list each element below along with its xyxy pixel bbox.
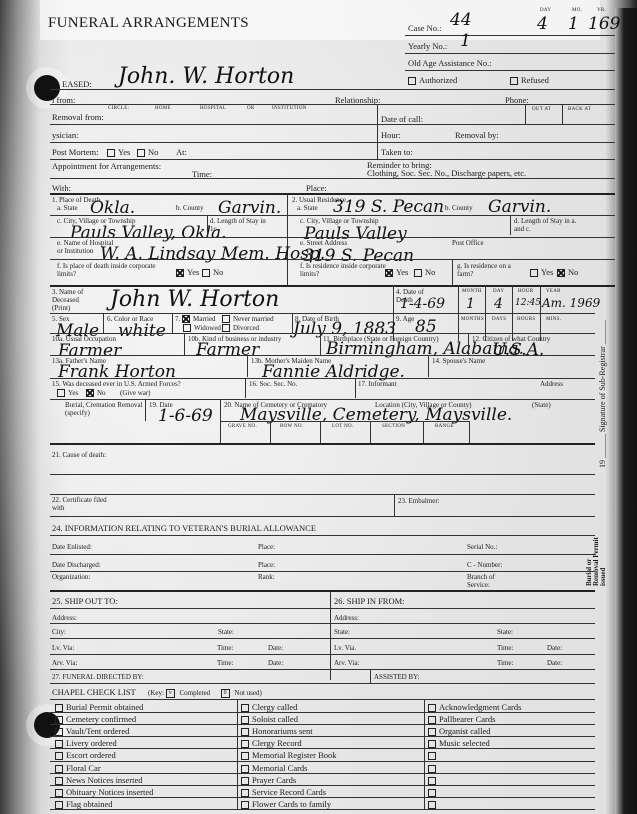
res-corporate-no[interactable]: No	[414, 268, 435, 277]
race-value[interactable]: white	[118, 321, 166, 341]
out-at-label: OUT AT	[532, 107, 551, 112]
res-county-label: b. County	[445, 204, 473, 212]
rank-label: Rank:	[258, 573, 275, 581]
name-of-deceased-label: 3. Name of Deceased (Print)	[52, 288, 98, 312]
removal-by-label: Removal by:	[455, 131, 499, 140]
checkbox-icon[interactable]	[241, 716, 249, 724]
discharged-place-label: Place:	[258, 561, 275, 569]
citizen-value[interactable]: U.S.A.	[492, 340, 544, 360]
range-header: RANGE	[435, 424, 454, 429]
farm-yes[interactable]: Yes	[530, 268, 553, 277]
dod-month[interactable]: 1	[466, 296, 475, 312]
ship-in-state-label: State:	[497, 628, 513, 636]
checklist-item[interactable]	[428, 799, 439, 809]
burial-type-label: Burial, Cremation Removal (specify)	[65, 401, 145, 417]
checklist-item-label: Prayer Cards	[252, 775, 296, 785]
checklist-item-label: Pallbearer Cards	[439, 714, 495, 724]
removal-from-label: Removal from:	[52, 113, 104, 122]
checklist-item-label: Music selected	[439, 738, 490, 748]
ship-out-arv-date-label: Date:	[268, 659, 283, 667]
permit-issued-label: Burial or Removal Permit issued	[586, 536, 607, 586]
deceased-name[interactable]: John. W. Horton	[118, 64, 294, 89]
burial-date[interactable]: 1-6-69	[158, 406, 213, 426]
father-value[interactable]: Frank Horton	[58, 362, 176, 382]
home-option[interactable]: HOME	[155, 106, 171, 111]
checklist-item[interactable]: Memorial Cards	[241, 763, 307, 773]
checklist-item[interactable]: Burial Permit obtained	[55, 702, 143, 712]
checklist-item[interactable]: Honorariums sent	[241, 726, 313, 736]
with-label: With:	[52, 184, 71, 193]
spouse-label: 14. Spouse's Name	[432, 357, 485, 365]
death-state-label: a. State	[57, 204, 78, 212]
checklist-item-label: Escort ordered	[66, 750, 116, 760]
checkbox-icon[interactable]	[428, 728, 436, 736]
checkbox-icon[interactable]	[241, 765, 249, 773]
c-number-label: C - Number:	[467, 561, 502, 569]
dod-day[interactable]: 4	[494, 296, 503, 312]
dod-year[interactable]: Am. 1969	[542, 296, 600, 310]
checkbox-icon[interactable]	[241, 752, 249, 760]
checklist-item[interactable]: Clergy Record	[241, 738, 302, 748]
armed-no[interactable]: No	[86, 389, 106, 397]
checkbox-icon[interactable]	[55, 801, 63, 809]
case-no-label: Case No.:	[408, 24, 442, 33]
yearly-no-label: Yearly No.:	[408, 42, 447, 51]
ship-in-arv-via-label: Arv. Via:	[334, 659, 359, 667]
date-of-death[interactable]: 1-4-69	[400, 296, 445, 312]
checklist-item[interactable]: Pallbearer Cards	[428, 714, 495, 724]
yearly-no-value[interactable]: 1	[460, 31, 471, 51]
ship-out-address-label: Address:	[52, 614, 77, 622]
ship-in-lv-date-label: Date:	[547, 644, 562, 652]
widowed-checkbox[interactable]: Widowed	[183, 324, 221, 332]
checklist-item[interactable]	[428, 775, 439, 785]
give-war-label: (Give war)	[120, 389, 151, 397]
informant-label: 17. Informant	[358, 380, 397, 388]
checkbox-icon[interactable]	[241, 704, 249, 712]
months-header: MONTHS	[461, 317, 484, 322]
checklist-item[interactable]: Acknowledgment Cards	[428, 702, 521, 712]
death-corporate-yes[interactable]: Yes	[176, 268, 199, 277]
date-discharged-label: Date Discharged:	[52, 561, 101, 569]
ship-out-state-label: State:	[218, 628, 234, 636]
farm-label: g. Is residence on a farm?	[457, 262, 527, 278]
mins-header: MINS.	[546, 317, 561, 322]
cause-of-death-label: 21. Cause of death:	[52, 451, 106, 459]
checkbox-icon[interactable]	[241, 789, 249, 797]
checklist-item[interactable]: Cemetery confirmed	[55, 714, 136, 724]
form-title: FUNERAL ARRANGEMENTS	[48, 15, 249, 32]
institution-option[interactable]: INSTITUTION	[272, 106, 307, 111]
checkbox-icon[interactable]	[55, 728, 63, 736]
month-header: MONTH	[462, 289, 482, 294]
checklist-item[interactable]: Vault/Tent ordered	[55, 726, 129, 736]
checklist-item-label: Clergy Record	[252, 738, 302, 748]
industry-value[interactable]: Farmer	[196, 340, 259, 360]
checklist-item-label: Floral Car	[66, 763, 101, 773]
checkbox-icon[interactable]	[55, 789, 63, 797]
mother-value[interactable]: Fannie Aldridge.	[262, 362, 405, 382]
ship-in-title: 26. SHIP IN FROM:	[334, 597, 405, 606]
hospital-value[interactable]: W. A. Lindsay Mem. Hosp.	[100, 244, 325, 264]
ssn-label: 16. Soc. Sec. No.	[249, 380, 297, 388]
veteran-section-title: 24. INFORMATION RELATING TO VETERAN'S BU…	[52, 524, 316, 533]
post-office-label: Post Office	[452, 239, 484, 247]
hospital-option[interactable]: HOSPITAL	[200, 106, 226, 111]
married-checkbox[interactable]: 7. Married	[175, 315, 216, 323]
funeral-directed-label: 27. FUNERAL DIRECTED BY:	[52, 673, 144, 681]
date-mo[interactable]: 1	[568, 14, 579, 34]
checkbox-icon[interactable]	[428, 765, 436, 773]
checklist-item[interactable]: Music selected	[428, 738, 490, 748]
checklist-item[interactable]: Obituary Notices inserted	[55, 787, 153, 797]
at-label: At:	[176, 148, 187, 157]
case-no-value[interactable]: 44	[450, 10, 472, 30]
ship-in-arv-date-label: Date:	[547, 659, 562, 667]
armed-yes[interactable]: Yes	[57, 389, 78, 397]
checkbox-icon[interactable]	[55, 704, 63, 712]
ship-in-address-label: Address:	[334, 614, 359, 622]
checklist-item-label: Flag obtained	[66, 799, 113, 809]
checklist-item[interactable]: Prayer Cards	[241, 775, 296, 785]
res-corporate-yes[interactable]: Yes	[385, 268, 408, 277]
ship-in-arv-time-label: Time:	[497, 659, 513, 667]
checkbox-icon[interactable]	[55, 752, 63, 760]
serial-no-label: Serial No.:	[467, 543, 497, 551]
ship-out-lv-via-label: Lv. Via:	[52, 644, 74, 652]
ship-out-lv-time-label: Time:	[217, 644, 233, 652]
checklist-item[interactable]: Organist called	[428, 726, 491, 736]
checklist-key: (Key: v Completed 0 Not used)	[148, 689, 262, 698]
checklist-item[interactable]: Flag obtained	[55, 799, 113, 809]
ship-in-lv-time-label: Time:	[497, 644, 513, 652]
post-mortem-no[interactable]: No	[137, 148, 158, 157]
day-header: DAY	[493, 289, 504, 294]
checkbox-icon[interactable]	[241, 801, 249, 809]
ship-out-city-label: City:	[52, 628, 66, 636]
res-county[interactable]: Garvin.	[488, 197, 551, 217]
enlisted-place-label: Place:	[258, 543, 275, 551]
checklist-item[interactable]: Livery ordered	[55, 738, 117, 748]
section-header: SECTION	[382, 424, 405, 429]
post-mortem-label: Post Mortem:	[52, 148, 99, 157]
sub-registrar-signature: 19 ______ Signature of Sub-Registrar ___…	[598, 320, 607, 468]
deceased-label: EASED:	[62, 80, 92, 89]
reminder-items: Clothing, Soc. Sec. No., Discharge paper…	[367, 169, 526, 178]
cemetery-state-label: (State)	[532, 401, 551, 409]
checkbox-icon[interactable]	[428, 740, 436, 748]
refused-checkbox[interactable]: Refused	[510, 76, 549, 85]
circle-label: CIRCLE:	[108, 106, 129, 111]
ship-in-city-label: State:	[334, 628, 350, 636]
checklist-item[interactable]: News Notices inserted	[55, 775, 142, 785]
row-no-header: ROW NO.	[280, 424, 303, 429]
or-label: OR	[247, 106, 255, 111]
death-county-label: b. County	[176, 204, 204, 212]
checklist-item[interactable]: Service Record Cards	[241, 787, 326, 797]
yr-header: YR.	[597, 8, 606, 13]
death-corporate-no[interactable]: No	[202, 268, 223, 277]
checklist-item[interactable]: Escort ordered	[55, 750, 116, 760]
informant-address-label: Address	[540, 380, 563, 388]
appointment-label: Appointment for Arrangements:	[52, 162, 161, 171]
hour-label: Hour:	[381, 131, 401, 140]
hour-header: HOUR	[518, 289, 533, 294]
checklist-item[interactable]: Soloist called	[241, 714, 298, 724]
mo-header: MO.	[572, 8, 582, 13]
ship-in-lv-via-label: Lv. Via.	[334, 644, 356, 652]
old-age-label: Old Age Assistance No.:	[408, 59, 492, 68]
res-corporate-label: f. Is residence inside corporate limits?	[300, 262, 390, 278]
checklist-item-label: Memorial Cards	[252, 763, 307, 773]
date-yr[interactable]: 169	[588, 14, 620, 34]
checkbox-icon[interactable]	[55, 777, 63, 785]
place-label: Place:	[306, 184, 327, 193]
checklist-item-label: News Notices inserted	[66, 775, 142, 785]
year-header: YEAR	[546, 289, 561, 294]
checklist-item-label: Organist called	[439, 726, 491, 736]
certificate-label: 22. Certificate filed with	[52, 496, 112, 512]
checklist-title: CHAPEL CHECK LIST	[52, 688, 136, 697]
checklist-item-label: Cemetery confirmed	[66, 714, 136, 724]
checklist-item[interactable]: Floral Car	[55, 763, 101, 773]
hours-header: HOURS	[517, 317, 535, 322]
ship-out-lv-date-label: Date:	[268, 644, 283, 652]
authorized-checkbox[interactable]: Authorized	[408, 76, 457, 85]
checkbox-icon[interactable]	[428, 777, 436, 785]
ship-out-arv-via-label: Arv. Via:	[52, 659, 77, 667]
dod-hour[interactable]: 12:45	[515, 298, 541, 308]
checklist-item-label: Vault/Tent ordered	[66, 726, 129, 736]
scan-edge	[615, 8, 637, 814]
checklist-item[interactable]: Clergy called	[241, 702, 297, 712]
back-at-label: BACK AT	[568, 107, 591, 112]
farm-no[interactable]: No	[557, 268, 578, 277]
checkbox-icon[interactable]	[241, 777, 249, 785]
checklist-item[interactable]: Memorial Register Book	[241, 750, 337, 760]
checklist-item[interactable]	[428, 763, 439, 773]
date-of-call-label: Date of call:	[381, 115, 423, 124]
checklist-item[interactable]	[428, 750, 439, 760]
res-stay-label: d. Length of Stay in a. and c.	[514, 217, 584, 233]
deceased-print-name[interactable]: John W. Horton	[110, 287, 279, 312]
days-header: DAYS	[492, 317, 506, 322]
checklist-item-label: Obituary Notices inserted	[66, 787, 153, 797]
checkbox-icon[interactable]	[55, 716, 63, 724]
age-label: 9. Age	[396, 315, 414, 323]
branch-of-service-label: Branch of Service:	[467, 573, 517, 589]
checklist-item-label: Honorariums sent	[252, 726, 313, 736]
taken-to-label: Taken to:	[381, 148, 413, 157]
checklist-item[interactable]: Flower Cards to family	[241, 799, 331, 809]
checkbox-icon[interactable]	[428, 704, 436, 712]
checklist-item-label: Memorial Register Book	[252, 750, 337, 760]
divorced-checkbox[interactable]: Divorced	[222, 324, 259, 332]
cemetery-value[interactable]: Maysville, Cemetery, Maysville.	[240, 405, 512, 425]
checklist-item-label: Livery ordered	[66, 738, 117, 748]
res-state[interactable]: 319 S. Pecan	[333, 197, 444, 217]
checkbox-icon[interactable]	[241, 728, 249, 736]
physician-label: ysician:	[52, 131, 78, 140]
date-day[interactable]: 4	[537, 14, 548, 34]
checkbox-icon[interactable]	[55, 765, 63, 773]
checkbox-icon[interactable]	[428, 716, 436, 724]
day-header: DAY	[540, 8, 551, 13]
checklist-item[interactable]	[428, 787, 439, 797]
armed-forces-label: 15. Was deceased ever in U.S. Armed Forc…	[52, 380, 181, 388]
death-stay-label: d. Length of Stay in 1c.	[210, 217, 270, 233]
checklist-item-label: Clergy called	[252, 702, 297, 712]
ship-out-arv-time-label: Time:	[217, 659, 233, 667]
embalmer-label: 23. Embalmer:	[398, 497, 440, 505]
checkbox-icon[interactable]	[241, 740, 249, 748]
never-married-checkbox[interactable]: Never married	[222, 315, 274, 323]
organization-label: Organization:	[52, 573, 90, 581]
date-enlisted-label: Date Enlisted:	[52, 543, 92, 551]
checklist-item-label: Soloist called	[252, 714, 298, 724]
checkbox-icon[interactable]	[428, 752, 436, 760]
res-state-label: a. State	[297, 204, 318, 212]
age-value[interactable]: 85	[415, 317, 437, 337]
post-mortem-yes[interactable]: Yes	[107, 148, 130, 157]
checklist-item-label: Acknowledgment Cards	[439, 702, 521, 712]
assisted-by-label: ASSISTED BY:	[374, 673, 419, 681]
checkbox-icon[interactable]	[55, 740, 63, 748]
scanned-form-page: FUNERAL ARRANGEMENTS Case No.: 44 DAY MO…	[0, 0, 637, 814]
checklist-item-label: Service Record Cards	[252, 787, 326, 797]
death-corporate-label: f. Is place of death inside corporate li…	[57, 262, 167, 278]
checkbox-icon[interactable]	[428, 789, 436, 797]
grave-no-header: GRAVE NO.	[228, 424, 257, 429]
ship-out-title: 25. SHIP OUT TO:	[52, 597, 118, 606]
checklist-item-label: Burial Permit obtained	[66, 702, 143, 712]
lot-no-header: LOT NO.	[332, 424, 353, 429]
checkbox-icon[interactable]	[428, 801, 436, 809]
checklist-item-label: Flower Cards to family	[252, 799, 331, 809]
